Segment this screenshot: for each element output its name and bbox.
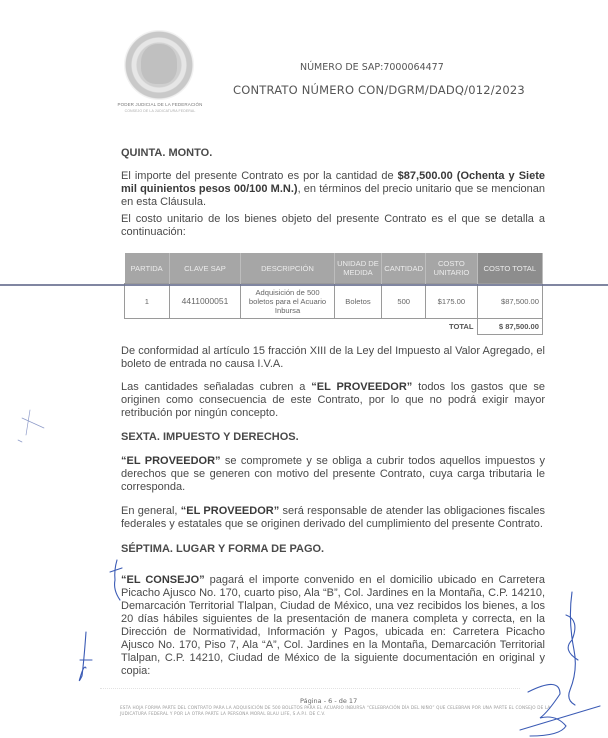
contract-number: CONTRATO NÚMERO CON/DGRM/DADQ/012/2023 [233, 83, 525, 97]
total-value: $ 87,500.00 [477, 319, 542, 335]
seal-caption: PODER JUDICIAL DE LA FEDERACIÓN CONSEJO … [104, 102, 216, 114]
col-header: DESCRIPCIÓN [241, 253, 335, 284]
section-title-septima: SÉPTIMA. LUGAR Y FORMA DE PAGO. [121, 543, 324, 555]
col-header: CANTIDAD [382, 253, 426, 284]
cell-costo-total: $87,500.00 [477, 284, 542, 319]
cell-clave-sap: 4411000051 [169, 284, 240, 319]
text: En general, [121, 505, 181, 517]
document-page: PODER JUDICIAL DE LA FEDERACIÓN CONSEJO … [0, 0, 608, 738]
party-bold: “EL PROVEEDOR” [121, 455, 221, 467]
paragraph-sexta-1: “EL PROVEEDOR” se compromete y se obliga… [121, 455, 545, 494]
col-header: UNIDAD DE MEDIDA [334, 253, 381, 284]
party-bold: “EL CONSEJO” [121, 574, 205, 586]
page-number: Página - 6 - de 17 [300, 697, 357, 705]
party-bold: “EL PROVEEDOR” [181, 505, 279, 517]
table-total-row: TOTAL $ 87,500.00 [125, 319, 543, 335]
party-bold: “EL PROVEEDOR” [311, 381, 412, 393]
paragraph-gastos: Las cantidades señaladas cubren a “EL PR… [121, 381, 545, 420]
paragraph-iva: De conformidad al artículo 15 fracción X… [121, 345, 545, 371]
paragraph-septima: “EL CONSEJO” pagará el importe convenido… [121, 574, 545, 678]
scan-artifact-line [0, 284, 608, 286]
paragraph-sexta-2: En general, “EL PROVEEDOR” será responsa… [121, 505, 545, 531]
table-header-row: PARTIDA CLAVE SAP DESCRIPCIÓN UNIDAD DE … [125, 253, 543, 284]
footer-note: ESTA HOJA FORMA PARTE DEL CONTRATO PARA … [120, 705, 560, 717]
col-header: CLAVE SAP [169, 253, 240, 284]
cell-partida: 1 [125, 284, 170, 319]
text: Las cantidades señaladas cubren a [121, 381, 311, 393]
paragraph-quinta-amount: El importe del presente Contrato es por … [121, 170, 545, 209]
cell-descripcion: Adquisición de 500 boletos para el Acuar… [241, 284, 335, 319]
col-header: COSTO TOTAL [477, 253, 542, 284]
cell-unidad: Boletos [334, 284, 381, 319]
footer-rule [100, 688, 520, 690]
cell-costo-unitario: $175.00 [426, 284, 477, 319]
text: El importe del presente Contrato es por … [121, 170, 398, 182]
cell-cantidad: 500 [382, 284, 426, 319]
text: pagará el importe convenido en el domici… [121, 574, 545, 677]
paragraph-quinta-unit-cost: El costo unitario de los bienes objeto d… [121, 213, 545, 239]
section-title-sexta: SEXTA. IMPUESTO Y DERECHOS. [121, 431, 299, 443]
table-row: 1 4411000051 Adquisición de 500 boletos … [125, 284, 543, 319]
seal-caption-subtitle: CONSEJO DE LA JUDICATURA FEDERAL [104, 108, 216, 114]
sap-number: NÚMERO DE SAP:7000064477 [300, 62, 444, 73]
coat-of-arms-seal-icon [124, 30, 194, 100]
cost-table: PARTIDA CLAVE SAP DESCRIPCIÓN UNIDAD DE … [124, 253, 543, 335]
col-header: COSTO UNITARIO [426, 253, 477, 284]
col-header: PARTIDA [125, 253, 170, 284]
section-title-quinta: QUINTA. MONTO. [121, 147, 212, 159]
total-label: TOTAL [125, 319, 478, 335]
